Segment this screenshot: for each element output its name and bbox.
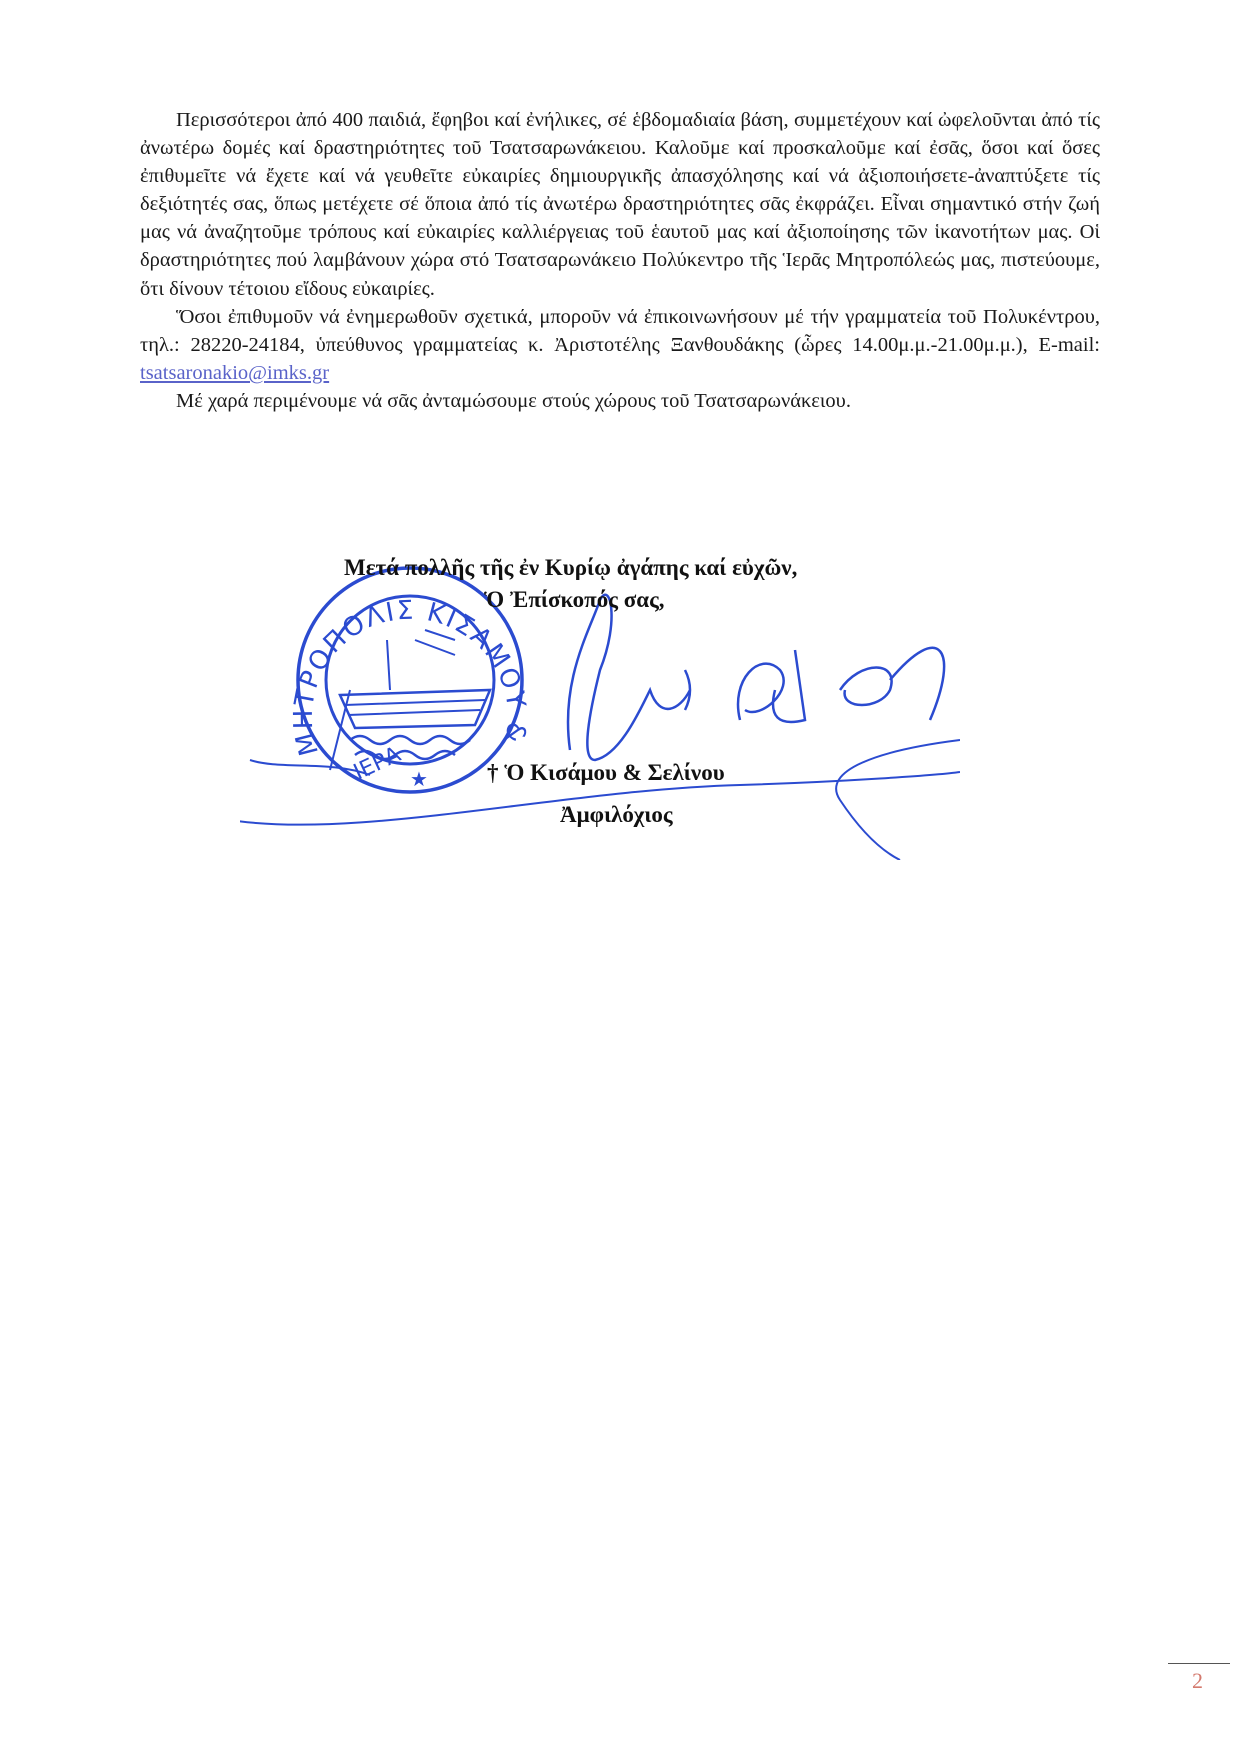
contact-text: Ὅσοι ἐπιθυμοῦν νά ἐνημερωθοῦν σχετικά, μ…: [140, 306, 1100, 356]
paragraph-closing-invite: Μέ χαρά περιμένουμε νά σᾶς ἀνταμώσουμε σ…: [140, 387, 1100, 415]
signer-name: Ἀμφιλόχιος: [560, 802, 860, 828]
page-number: 2: [1192, 1668, 1203, 1694]
email-link[interactable]: tsatsaronakio@imks.gr: [140, 362, 329, 384]
footer-rule: [1168, 1663, 1230, 1664]
paragraph-contact: Ὅσοι ἐπιθυμοῦν νά ἐνημερωθοῦν σχετικά, μ…: [140, 303, 1100, 387]
signer-see: † Ὁ Κισάμου & Σελίνου: [487, 760, 887, 786]
svg-text:★: ★: [410, 767, 428, 791]
letter-body: Περισσότεροι ἀπό 400 παιδιά, ἔφηβοι καί …: [140, 106, 1100, 415]
document-page: Περισσότεροι ἀπό 400 παιδιά, ἔφηβοι καί …: [0, 0, 1240, 1754]
signer-title: Ὁ Ἐπίσκοπός σας,: [484, 587, 884, 613]
closing-greeting: Μετά πολλῆς τῆς ἐν Κυρίῳ ἀγάπης καί εὐχῶ…: [344, 555, 944, 581]
svg-text:ΙΕΡΑ: ΙΕΡΑ: [350, 742, 405, 785]
paragraph-activities: Περισσότεροι ἀπό 400 παιδιά, ἔφηβοι καί …: [140, 106, 1100, 303]
